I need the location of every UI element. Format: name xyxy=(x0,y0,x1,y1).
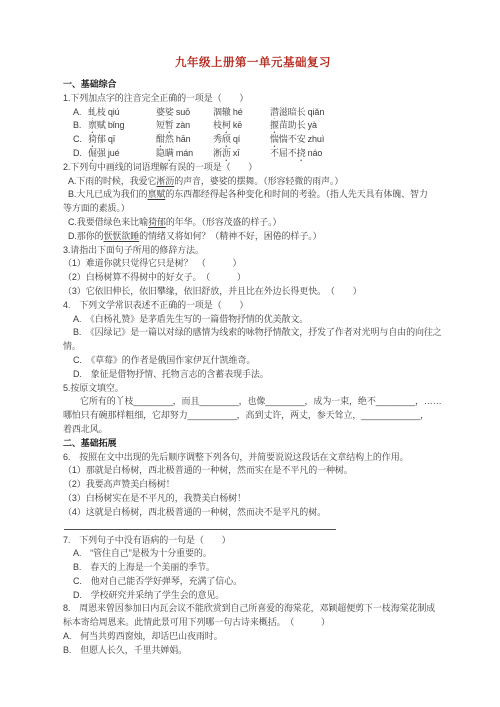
text-run: 6. 按照在文中出现的先后顺序调整下列各句，并简要说说这段话在文章结构上的作用。 xyxy=(63,452,409,462)
text-line: A.下雨的时候，我爱它淅沥的声音，婆娑的摆舞。（形容轻微的雨声。） xyxy=(63,175,443,189)
section-heading: 二、基础拓展 xyxy=(63,437,443,451)
text-line: 7. 下列句子中没有语病的一句是（ ） xyxy=(63,534,443,548)
text-run: 等方面的素质。） xyxy=(63,203,130,213)
text-run: 它所有的丫枝________，而且________，也像________，成为一… xyxy=(80,396,442,406)
text-line: （1）难道你就只觉得它只是树？ （ ） xyxy=(63,257,443,271)
text-line: 4. 下列文学常识表述不正确的一项是（ ） xyxy=(63,299,443,313)
text-run: B.大凡已成为我们的 xyxy=(68,189,148,199)
text-run: 的年华。（形容茂盛的样子。） xyxy=(166,217,282,227)
hanzi-run: 婆 xyxy=(156,107,165,117)
text-line: 2.下列句中画线的词语理解有误的一项是（ ） xyxy=(63,161,443,175)
dotted-hanzi: 柯 xyxy=(222,120,231,130)
text-run: B. 春天的上海是一个美丽的季节。 xyxy=(73,562,215,572)
pinyin-option-line: D.倔强jué隐瞒mán淅沥xī不屈不挠náo xyxy=(63,147,443,161)
word-pinyin-item: 虬枝qiú xyxy=(88,106,156,120)
dotted-hanzi: 揠 xyxy=(270,120,279,130)
text-line: 3.请指出下面句子所用的修辞方法。 xyxy=(63,244,443,258)
dotted-hanzi: 颀 xyxy=(222,134,231,144)
text-run: 的情绪又将如何？（精神不好，困倦的样子。） xyxy=(139,231,321,241)
text-line: C.我要借绿色来比喻猗郁的年华。（形容茂盛的样子。） xyxy=(63,216,443,230)
dotted-hanzi: 惴 xyxy=(270,134,279,144)
word-pinyin-item: 倔强jué xyxy=(88,147,156,161)
text-run: A.下雨的时候，我爱它 xyxy=(68,176,156,186)
word-pinyin-item: 秀颀qí xyxy=(213,133,270,147)
text-run: 1.下列加点字的注音完全正确的一项是（ ） xyxy=(63,93,248,103)
text-run: （3）它依旧伸长，依旧攀缘，依旧舒放，并且比在外边长得更快。 （ ） xyxy=(63,286,362,296)
dotted-hanzi: 虬 xyxy=(88,107,97,117)
text-run: 一、基础综合 xyxy=(63,79,116,89)
dotted-hanzi: 倔 xyxy=(88,148,97,158)
pinyin-option-line: B.禀赋bǐng短暂zàn枝柯kē揠苗助长yà xyxy=(63,119,443,133)
pinyin-run: kē xyxy=(231,120,242,130)
pinyin-run: hé xyxy=(231,107,243,117)
text-line: 着西北风。 xyxy=(63,423,443,437)
word-pinyin-item: 短暂zàn xyxy=(156,119,213,133)
text-line: （1）那就是白杨树，西北极普通的一种树，然而实在是不平凡的一种树。 xyxy=(63,464,443,478)
pinyin-run: zhuì xyxy=(306,134,325,144)
text-line: C. 《草莓》的作者是俄国作家伊瓦什凯维奇。 xyxy=(63,354,443,368)
text-run: A. 何当共剪西窗烛，却话巴山夜雨时。 xyxy=(63,631,223,641)
text-line: 8. 周恩来曾因参加日内瓦会议不能欣赏到自己所喜爱的海棠花，邓颖超便剪下一枝海棠… xyxy=(63,602,443,616)
text-run: 二、基础拓展 xyxy=(63,438,116,448)
hanzi-run: 枝 xyxy=(213,120,222,130)
hanzi-run: 赋 xyxy=(97,120,106,130)
option-label: D. xyxy=(73,147,88,161)
pinyin-run: qiú xyxy=(106,107,120,117)
text-line: （4）这就是白杨树，西北极普通的一种树，然而决不是平凡的树。 xyxy=(63,506,443,520)
text-line: （2）我要高声赞美白杨树！ xyxy=(63,478,443,492)
text-line: B. 但愿人长久，千里共婵娟。 xyxy=(63,644,443,658)
hanzi-run: 辙 xyxy=(222,107,231,117)
hanzi-run: 强 xyxy=(97,148,106,158)
text-run: B. 但愿人长久，千里共婵娟。 xyxy=(63,645,187,655)
word-pinyin-item: 禀赋bǐng xyxy=(88,119,156,133)
dotted-hanzi: 挠 xyxy=(297,148,306,158)
underlined-term: 恹恹欲睡 xyxy=(104,231,140,241)
word-pinyin-item: 猗郁qī xyxy=(88,133,156,147)
text-run: （1）那就是白杨树，西北极普通的一种树，然而实在是不平凡的一种树。 xyxy=(63,465,353,475)
text-line: A. “管住自己”是极为十分重要的。 xyxy=(63,547,443,561)
hanzi-run: 短 xyxy=(156,120,165,130)
dotted-hanzi: 酣 xyxy=(156,134,165,144)
text-run: 情。 xyxy=(63,341,81,351)
text-run: 4. 下列文学常识表述不正确的一项是（ ） xyxy=(63,300,248,310)
text-run: C. 《草莓》的作者是俄国作家伊瓦什凯维奇。 xyxy=(73,355,255,365)
option-label: C. xyxy=(73,133,88,147)
text-run: A. “管住自己”是极为十分重要的。 xyxy=(73,548,212,558)
text-run: （2）我要高声赞美白杨树！ xyxy=(63,479,175,489)
text-line: （2）白杨树算不得树中的好女子。 （ ） xyxy=(63,271,443,285)
dotted-hanzi: 涸 xyxy=(213,107,222,117)
dotted-hanzi: 娑 xyxy=(165,107,174,117)
hanzi-run: 淅 xyxy=(213,148,222,158)
text-line: 等方面的素质。） xyxy=(63,202,443,216)
text-run: （3）白杨树实在是不平凡的，我赞美白杨树！ xyxy=(63,493,246,503)
worksheet-page: 九年级上册第一单元基础复习 一、基础综合1.下列加点字的注音完全正确的一项是（ … xyxy=(0,0,500,707)
dotted-hanzi: 沥 xyxy=(222,148,231,158)
text-run: 5.按原文填空。 xyxy=(63,383,124,393)
text-line: 1.下列加点字的注音完全正确的一项是（ ） xyxy=(63,92,443,106)
text-line: B. 《囚绿记》是一篇以对绿的感情为线索的咏物抒情散文，抒发了作者对光明与自由的… xyxy=(63,326,443,340)
word-pinyin-item: 酣然hān xyxy=(156,133,213,147)
option-label: A. xyxy=(73,106,88,120)
pinyin-run: yà xyxy=(306,120,317,130)
text-line: A. 何当共剪西窗烛，却话巴山夜雨时。 xyxy=(63,630,443,644)
word-pinyin-item: 潜滋暗长qiǎn xyxy=(270,106,443,120)
pinyin-run: bǐng xyxy=(106,120,125,130)
text-line: B.大凡已成为我们的禀赋的东西都经得起各种变化和时间的考验。（指人先天具有体魄、… xyxy=(63,188,443,202)
text-line: A. 《白杨礼赞》是茅盾先生写的一篇借物抒情的优美散文。 xyxy=(63,313,443,327)
dotted-hanzi: 猗 xyxy=(88,134,97,144)
text-line: C. 他对自己能否学好弹琴，充满了信心。 xyxy=(63,575,443,589)
word-pinyin-item: 惴惴不安zhuì xyxy=(270,133,443,147)
word-pinyin-item: 淅沥xī xyxy=(213,147,270,161)
text-line: D. 学校研究并采纳了学生会的意见。 xyxy=(63,589,443,603)
text-run: 8. 周恩来曾因参加日内瓦会议不能欣赏到自己所喜爱的海棠花，邓颖超便剪下一枝海棠… xyxy=(63,603,435,613)
hanzi-run: 滋暗长 xyxy=(279,107,306,117)
text-line: （3）白杨树实在是不平凡的，我赞美白杨树！ xyxy=(63,492,443,506)
text-run: （1）难道你就只觉得它只是树？ （ ） xyxy=(63,258,241,268)
divider-line xyxy=(64,529,336,530)
text-run: D. 学校研究并采纳了学生会的意见。 xyxy=(73,590,224,600)
pinyin-run: suō xyxy=(174,107,190,117)
pinyin-run: hān xyxy=(174,134,191,144)
dotted-hanzi: 暂 xyxy=(165,120,174,130)
hanzi-run: 隐 xyxy=(156,148,165,158)
text-run: 3.请指出下面句子所用的修辞方法。 xyxy=(63,245,204,255)
text-run: 的东西都经得起各种变化和时间的考验。（指人先天具有体魄、智力 xyxy=(165,189,428,199)
text-run: 着西北风。 xyxy=(63,424,108,434)
text-run: B. 《囚绿记》是一篇以对绿的感情为线索的咏物抒情散文，抒发了作者对光明与自由的… xyxy=(73,327,442,337)
text-line: 哪怕只有碗那样粗细，它却努力__________，高到丈许，两丈，参天耸立，__… xyxy=(63,409,443,423)
hanzi-run: 枝 xyxy=(97,107,106,117)
hanzi-run: 苗助长 xyxy=(279,120,306,130)
underlined-term: 猗郁 xyxy=(148,217,166,227)
text-line: 6. 按照在文中出现的先后顺序调整下列各句，并简要说说这段话在文章结构上的作用。 xyxy=(63,451,443,465)
text-line: D.那你的恹恹欲睡的情绪又将如何？（精神不好，困倦的样子。） xyxy=(63,230,443,244)
hanzi-run: 秀 xyxy=(213,134,222,144)
text-run: D.那你的 xyxy=(68,231,104,241)
word-pinyin-item: 婆娑suō xyxy=(156,106,213,120)
hanzi-run: 不屈不 xyxy=(270,148,297,158)
pinyin-run: xī xyxy=(231,148,240,158)
hanzi-run: 郁 xyxy=(97,134,106,144)
text-run: C. 他对自己能否学好弹琴，充满了信心。 xyxy=(73,576,242,586)
page-title: 九年级上册第一单元基础复习 xyxy=(63,56,443,70)
section-heading: 一、基础综合 xyxy=(63,78,443,92)
pinyin-option-line: C.猗郁qī酣然hān秀颀qí惴惴不安zhuì xyxy=(63,133,443,147)
pinyin-run: qiǎn xyxy=(306,107,325,117)
word-pinyin-item: 隐瞒mán xyxy=(156,147,213,161)
text-run: （4）这就是白杨树，西北极普通的一种树，然而决不是平凡的树。 xyxy=(63,507,326,517)
text-line: D. 象征是借物抒情、托物言志的含蓄表现手法。 xyxy=(63,368,443,382)
text-run: 哪怕只有碗那样粗细，它却努力__________，高到丈许，两丈，参天耸立，__… xyxy=(63,410,429,420)
dotted-hanzi: 瞒 xyxy=(165,148,174,158)
word-pinyin-item: 枝柯kē xyxy=(213,119,270,133)
pinyin-run: jué xyxy=(106,148,120,158)
text-run: 7. 下列句子中没有语病的一句是（ ） xyxy=(63,535,231,545)
text-line: 5.按原文填空。 xyxy=(63,382,443,396)
text-run: 标本寄给周恩来。此情此景可用下列哪一句古诗来概括。 （ ） xyxy=(63,617,330,627)
text-run: D. 象征是借物抒情、托物言志的含蓄表现手法。 xyxy=(73,369,269,379)
text-line: B. 春天的上海是一个美丽的季节。 xyxy=(63,561,443,575)
doc-body: 一、基础综合1.下列加点字的注音完全正确的一项是（ ）A.虬枝qiú婆娑suō涸… xyxy=(63,78,443,658)
text-run: （2）白杨树算不得树中的好女子。 （ ） xyxy=(63,272,246,282)
text-run: 的声音，婆娑的摆舞。（形容轻微的雨声。） xyxy=(174,176,343,186)
pinyin-run: qī xyxy=(106,134,115,144)
word-pinyin-item: 揠苗助长yà xyxy=(270,119,443,133)
pinyin-run: qí xyxy=(231,134,240,144)
text-run: C.我要借绿色来比喻 xyxy=(68,217,148,227)
pinyin-option-line: A.虬枝qiú婆娑suō涸辙hé潜滋暗长qiǎn xyxy=(63,106,443,120)
pinyin-run: zàn xyxy=(174,120,190,130)
word-pinyin-item: 涸辙hé xyxy=(213,106,270,120)
hanzi-run: 然 xyxy=(165,134,174,144)
text-line: 它所有的丫枝________，而且________，也像________，成为一… xyxy=(63,395,443,409)
pinyin-run: náo xyxy=(306,148,323,158)
text-run: A. 《白杨礼赞》是茅盾先生写的一篇借物抒情的优美散文。 xyxy=(73,314,308,324)
hanzi-run: 惴不安 xyxy=(279,134,306,144)
text-line: 标本寄给周恩来。此情此景可用下列哪一句古诗来概括。 （ ） xyxy=(63,616,443,630)
dotted-hanzi: 禀 xyxy=(88,120,97,130)
word-pinyin-item: 不屈不挠náo xyxy=(270,147,443,161)
text-run: 2.下列句中画线的词语理解有误的一项是（ ） xyxy=(63,162,257,172)
dotted-hanzi: 潜 xyxy=(270,107,279,117)
option-label: B. xyxy=(73,119,88,133)
text-line: 情。 xyxy=(63,340,443,354)
underlined-term: 淅沥 xyxy=(156,176,174,186)
text-line: （3）它依旧伸长，依旧攀缘，依旧舒放，并且比在外边长得更快。 （ ） xyxy=(63,285,443,299)
underlined-term: 禀赋 xyxy=(148,189,166,199)
pinyin-run: mán xyxy=(174,148,193,158)
